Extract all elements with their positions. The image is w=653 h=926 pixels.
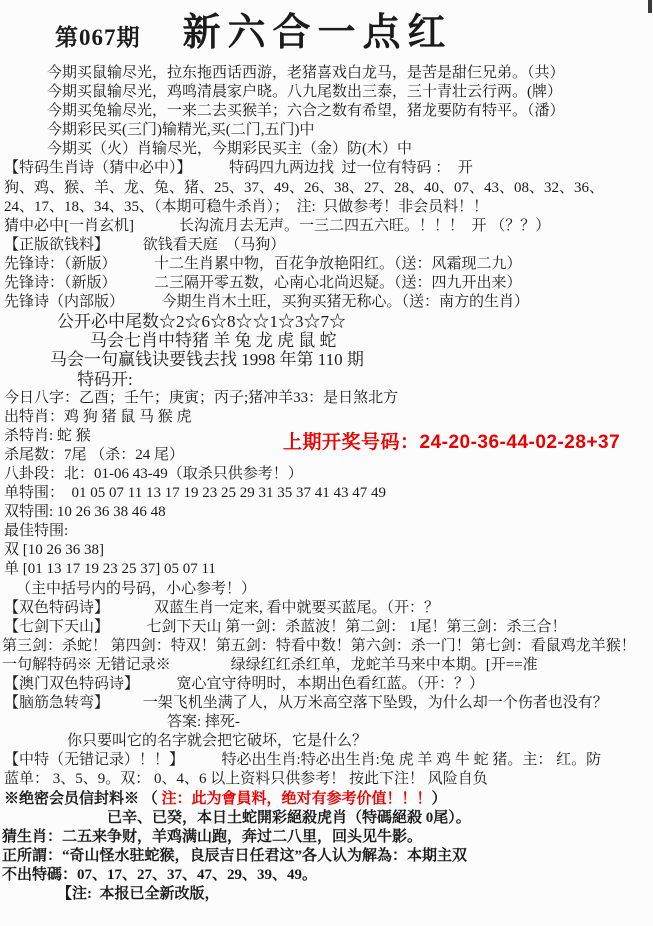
line-text: 猜中必中[一肖玄机] 长沟流月去无声。一三二四五六旺。！！！ 开 （？？） (4, 218, 550, 234)
line-text: 【正版欲钱料】 欲钱看天庭 （马狗） (4, 237, 285, 253)
text-line: 一句解特码※ 无错记录※ 绿绿红红杀红单，龙蛇羊马来中本期。[开==准 (2, 656, 653, 675)
text-line: 出特肖：鸡 狗 猪 鼠 马 猴 虎 (2, 408, 653, 427)
line-text: 最佳特围: (4, 523, 68, 539)
line-text: 【澳门双色特码诗】 宽心宜守待明时，本期出色看红蓝。（开：？） (4, 676, 484, 692)
text-line: 先锋诗：（新版） 二三隔开零五数，心南心北尚迟疑。（送：四九开出来） (2, 274, 653, 293)
content-lines: 今期买鼠输尽光，拉东拖西话西游，老猪喜戏白龙马，是苦是甜仨兄弟。（共）今期买鼠输… (0, 64, 653, 904)
text-line: 猜中必中[一肖玄机] 长沟流月去无声。一三二四五六旺。！！！ 开 （？？） (2, 217, 653, 236)
line-text: 先锋诗（内部版） 今期生肖木土旺，买狗买猪无称心。（送：南方的生肖） (4, 294, 529, 310)
previous-draw-numbers: 上期开奖号码：24-20-36-44-02-28+37 (283, 427, 620, 454)
line-text: 马会七肖中特猪 羊 兔 龙 虎 鼠 蛇 (90, 331, 337, 350)
line-text: 不出特碼：07、17、27、37、47、29、39、49。 (2, 867, 317, 883)
text-line: 不出特碼：07、17、27、37、47、29、39、49。 (2, 866, 653, 885)
text-line: 蓝单： 3、5、9。双： 0、4、6 以上资料只供参考！ 按此下注！ 风险自负 (2, 770, 653, 789)
line-text: 公开必中尾数☆2☆6☆8☆☆1☆3☆7☆ (57, 312, 346, 331)
line-text: 今期买兔输尽光，一来二去买猴羊；六合之数有希望，猪龙要防有特平。（潘） (47, 103, 565, 119)
text-line: 【脑筋急转弯】 一架飞机坐满了人，从万米高空落下坠毁，为什么却一个伤者也没有？ (2, 694, 653, 713)
lottery-tip-sheet: 第067期 新六合一点红 今期买鼠输尽光，拉东拖西话西游，老猪喜戏白龙马，是苦是… (0, 0, 653, 926)
text-line: 【澳门双色特码诗】 宽心宜守待明时，本期出色看红蓝。（开：？） (2, 675, 653, 694)
line-text: 猜生肖：二五来争财，羊鸡满山跑，奔过二八里，回头见牛影。 (2, 829, 422, 845)
scan-artifact (648, 0, 652, 13)
text-line: 今期买（火）肖输尽光，今期彩民买主（金）防(木）中 (2, 140, 653, 159)
line-text: 马会一句赢钱诀要钱去找 1998 年第 110 期 (50, 350, 364, 369)
line-text: 【注: 本报已全新改版， (57, 886, 220, 902)
line-text: 先锋诗：（新版） 二三隔开零五数，心南心北尚迟疑。（送：四九开出来） (4, 275, 522, 291)
text-line: 今期彩民买(三门)输精光,买(二门,五门)中 (2, 121, 653, 140)
text-line: 今期买鼠输尽光，鸡鸣清晨家户晓。八九尾数出三泰，三十青壮云行两。(牌） (2, 83, 653, 102)
line-text: 蓝单： 3、5、9。双： 0、4、6 以上资料只供参考！ 按此下注！ 风险自负 (4, 771, 488, 787)
text-line: 特码开: (2, 370, 653, 389)
text-line: 【双色特码诗】 双蓝生肖一定来, 看中就要买蓝尾。（开：？ (2, 599, 653, 618)
line-text: 狗、鸡、猴、羊、龙、兔、猪、25、37、49、26、38、27、28、40、07… (4, 180, 604, 196)
line-text: 先锋诗：（新版） 十二生肖累中物，百花争放艳阳红。（送：风霜现二九） (4, 256, 522, 272)
text-line: 双特围: 10 26 36 38 46 48 (2, 503, 653, 522)
issue-number: 第067期 (55, 19, 141, 52)
text-line: 马会七肖中特猪 羊 兔 龙 虎 鼠 蛇 (2, 331, 653, 350)
text-line: ※绝密会员信封料※ （ 注：此为會員料，绝对有参考价值！！！） (2, 790, 653, 809)
line-text: 杀尾数：7尾 （杀：24 尾） (4, 447, 184, 463)
line-text: 答案: 摔死- (167, 714, 240, 730)
text-line: 你只要叫它的名字就会把它破坏，它是什么？ (2, 732, 653, 751)
page-title: 新六合一点红 (183, 14, 453, 52)
line-text: ※绝密会员信封料※ （ (4, 791, 162, 807)
text-line: 【中特（无错记录）！！】 特必出生肖:特必出生肖:兔 虎 羊 鸡 牛 蛇 猪。主… (2, 751, 653, 770)
line-text: 【特码生肖诗（猜中必中）】 特码四九两边找 过一位有特码 ： 开 (4, 160, 473, 176)
line-text: （主中括号内的号码，小心参考！） (16, 581, 256, 597)
line-text: 双特围: 10 26 36 38 46 48 (4, 504, 166, 520)
line-text: 出特肖：鸡 狗 猪 鼠 马 猴 虎 (4, 409, 192, 425)
line-text: 杀特肖: 蛇 猴 (4, 428, 91, 444)
text-line: 【七剑下天山】 七剑下天山 第一剑：杀蓝波！第二剑： 1尾！第三剑：杀三合！ (2, 618, 653, 637)
line-text: 今期彩民买(三门)输精光,买(二门,五门)中 (47, 122, 314, 138)
text-line: 【正版欲钱料】 欲钱看天庭 （马狗） (2, 236, 653, 255)
text-line: 单 [01 13 17 19 23 25 37] 05 07 11 (2, 560, 653, 579)
text-line: 马会一句赢钱诀要钱去找 1998 年第 110 期 (2, 350, 653, 369)
line-text: 一句解特码※ 无错记录※ 绿绿红红杀红单，龙蛇羊马来中本期。[开==准 (2, 657, 538, 673)
line-text: ） (432, 791, 447, 807)
sheet-header: 第067期 新六合一点红 (0, 0, 653, 64)
text-line: 先锋诗：（新版） 十二生肖累中物，百花争放艳阳红。（送：风霜现二九） (2, 255, 653, 274)
text-line: 公开必中尾数☆2☆6☆8☆☆1☆3☆7☆ (2, 312, 653, 331)
line-text: 【双色特码诗】 双蓝生肖一定来, 看中就要买蓝尾。（开：？ (4, 600, 439, 616)
text-line: 狗、鸡、猴、羊、龙、兔、猪、25、37、49、26、38、27、28、40、07… (2, 179, 653, 198)
text-line: 八卦段：北：01-06 43-49（取杀只供参考！） (2, 465, 653, 484)
text-line: 最佳特围: (2, 522, 653, 541)
line-text: 特码开: (77, 370, 133, 389)
line-text: 已辛、已癸，本日土蛇開彩絕殺虎肖（特碼絕殺 0尾）。 (107, 810, 471, 826)
line-text: 八卦段：北：01-06 43-49（取杀只供参考！） (4, 466, 303, 482)
text-line: 今期买鼠输尽光，拉东拖西话西游，老猪喜戏白龙马，是苦是甜仨兄弟。（共） (2, 64, 653, 83)
line-text: 24、17、18、34、35、（本期可稳牛杀肖）； 注: 只做参考！非会员料！！ (4, 199, 488, 215)
line-text: 双 [10 26 36 38] (4, 542, 104, 558)
line-text: 【中特（无错记录）！！】 特必出生肖:特必出生肖:兔 虎 羊 鸡 牛 蛇 猪。主… (4, 752, 601, 768)
line-text: 今期买鼠输尽光，拉东拖西话西游，老猪喜戏白龙马，是苦是甜仨兄弟。（共） (47, 65, 565, 81)
text-line: 第三剑：杀蛇！ 第四剑：特双！第五剑：特看中数！第六剑：杀一门！第七剑：看鼠鸡龙… (2, 637, 653, 656)
line-text: 【七剑下天山】 七剑下天山 第一剑：杀蓝波！第二剑： 1尾！第三剑：杀三合！ (4, 619, 567, 635)
line-text: 单 [01 13 17 19 23 25 37] 05 07 11 (4, 561, 216, 577)
line-text: 【脑筋急转弯】 一架飞机坐满了人，从万米高空落下坠毁，为什么却一个伤者也没有？ (4, 695, 608, 711)
text-line: 先锋诗（内部版） 今期生肖木土旺，买狗买猪无称心。（送：南方的生肖） (2, 293, 653, 312)
text-line: 猜生肖：二五来争财，羊鸡满山跑，奔过二八里，回头见牛影。 (2, 828, 653, 847)
line-text: 今日八字：乙酉；壬午；庚寅；丙子;猪冲羊33：是日煞北方 (4, 390, 398, 406)
line-text: 你只要叫它的名字就会把它破坏，它是什么？ (67, 733, 367, 749)
line-text: 今期买（火）肖输尽光，今期彩民买主（金）防(木）中 (47, 141, 412, 157)
text-line: 答案: 摔死- (2, 713, 653, 732)
text-line: 【特码生肖诗（猜中必中）】 特码四九两边找 过一位有特码 ： 开 (2, 159, 653, 178)
text-line: 今期买兔输尽光，一来二去买猴羊；六合之数有希望，猪龙要防有特平。（潘） (2, 102, 653, 121)
line-text: 第三剑：杀蛇！ 第四剑：特双！第五剑：特看中数！第六剑：杀一门！第七剑：看鼠鸡龙… (2, 638, 636, 654)
line-text: 正所謂：“奇山怪水驻蛇猴，良辰吉日任君这”各人认为解為：本期主双 (2, 848, 467, 864)
highlight-red-text: 注：此为會員料，绝对有参考价值！！！ (162, 791, 432, 807)
text-line: 双 [10 26 36 38] (2, 541, 653, 560)
line-text: 单特围： 01 05 07 11 13 17 19 23 25 29 31 35… (4, 485, 386, 501)
text-line: 今日八字：乙酉；壬午；庚寅；丙子;猪冲羊33：是日煞北方 (2, 389, 653, 408)
text-line: 单特围： 01 05 07 11 13 17 19 23 25 29 31 35… (2, 484, 653, 503)
text-line: 正所謂：“奇山怪水驻蛇猴，良辰吉日任君这”各人认为解為：本期主双 (2, 847, 653, 866)
text-line: 【注: 本报已全新改版， (2, 885, 653, 904)
text-line: 已辛、已癸，本日土蛇開彩絕殺虎肖（特碼絕殺 0尾）。 (2, 809, 653, 828)
text-line: 24、17、18、34、35、（本期可稳牛杀肖）； 注: 只做参考！非会员料！！ (2, 198, 653, 217)
text-line: （主中括号内的号码，小心参考！） (2, 580, 653, 599)
line-text: 今期买鼠输尽光，鸡鸣清晨家户晓。八九尾数出三泰，三十青壮云行两。(牌） (47, 84, 562, 100)
